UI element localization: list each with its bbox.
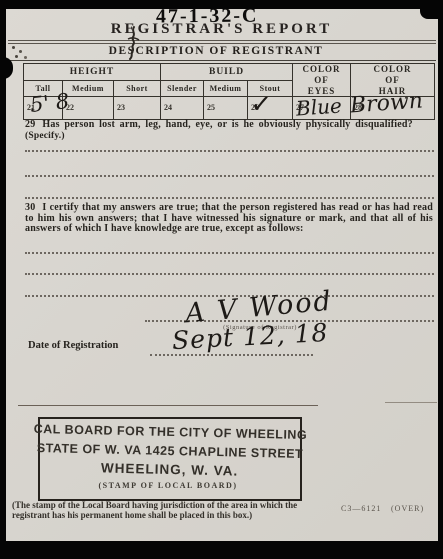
divider <box>8 60 436 61</box>
divider <box>8 43 436 44</box>
question-30-text: I certify that my answers are true; that… <box>25 202 433 234</box>
scan-border-left <box>0 0 6 559</box>
question-29: 29Has person lost arm, leg, hand, eye, o… <box>25 120 433 131</box>
answer-line <box>25 175 434 177</box>
divider <box>385 402 437 403</box>
local-board-stamp: CAL BOARD FOR THE CITY OF WHEELING STATE… <box>19 422 320 481</box>
answer-line <box>25 197 434 199</box>
cell-number: 25 <box>204 102 215 112</box>
divider <box>18 405 318 406</box>
answer-line <box>25 150 434 152</box>
cell-22-medium: 22 <box>63 97 114 120</box>
registrar-report-card: 47-1-32-C REGISTRAR'S REPORT DESCRIPTION… <box>0 0 443 559</box>
question-29-number: 29 <box>25 119 35 130</box>
subhead-slender: Slender <box>161 80 204 97</box>
question-29-text: Has person lost arm, leg, hand, eye, or … <box>42 119 412 130</box>
over-label: (OVER) <box>391 504 424 513</box>
answer-line <box>25 252 434 254</box>
column-group-build: BUILD <box>161 64 293 81</box>
question-30: 30I certify that my answers are true; th… <box>25 203 433 235</box>
date-of-registration-label: Date of Registration <box>28 340 118 351</box>
form-code: C3—6121 <box>341 504 381 513</box>
scan-corner-blot <box>420 0 443 19</box>
stamp-line-1: CAL BOARD FOR THE CITY OF WHEELING <box>20 422 320 443</box>
cell-23-short: 23 <box>114 97 161 120</box>
answer-line <box>25 273 434 275</box>
cell-number: 24 <box>161 102 172 112</box>
handwritten-height-value: 5' 8 <box>29 89 70 117</box>
subhead-medium-build: Medium <box>204 80 248 97</box>
stamp-instructions-note: (The stamp of the Local Board having jur… <box>12 500 314 520</box>
cell-number: 23 <box>114 102 125 112</box>
subhead-short: Short <box>114 80 161 97</box>
scan-border-bottom <box>0 541 443 559</box>
question-29-specify-label: (Specify.) <box>25 131 433 142</box>
subhead-medium-height: Medium <box>63 80 114 97</box>
scan-edge-blot <box>0 57 13 79</box>
local-board-stamp-box: CAL BOARD FOR THE CITY OF WHEELING STATE… <box>38 417 302 501</box>
column-group-height: HEIGHT <box>24 64 161 81</box>
column-color-of-eyes: COLOR OF EYES <box>293 64 351 97</box>
scan-border-top <box>0 0 443 9</box>
cell-25-medium: 25 <box>204 97 248 120</box>
stamp-box-caption: (STAMP OF LOCAL BOARD) <box>40 481 296 490</box>
question-30-number: 30 <box>25 202 35 213</box>
column-color-of-eyes-label: COLOR OF EYES <box>301 64 343 96</box>
section-title: DESCRIPTION OF REGISTRANT <box>0 45 432 57</box>
handwritten-stout-checkmark: ✓ <box>249 88 272 121</box>
scan-border-right <box>438 0 443 559</box>
handwritten-hair-color: Brown <box>349 88 424 118</box>
cell-24-slender: 24 <box>161 97 204 120</box>
stamp-line-3: WHEELING, W. VA. <box>19 459 319 481</box>
handwritten-eye-color: Blue <box>295 93 342 120</box>
ink-mark <box>120 25 146 66</box>
divider <box>8 40 436 41</box>
stamp-line-2: STATE OF W. VA 1425 CHAPLINE STREET <box>20 441 320 462</box>
